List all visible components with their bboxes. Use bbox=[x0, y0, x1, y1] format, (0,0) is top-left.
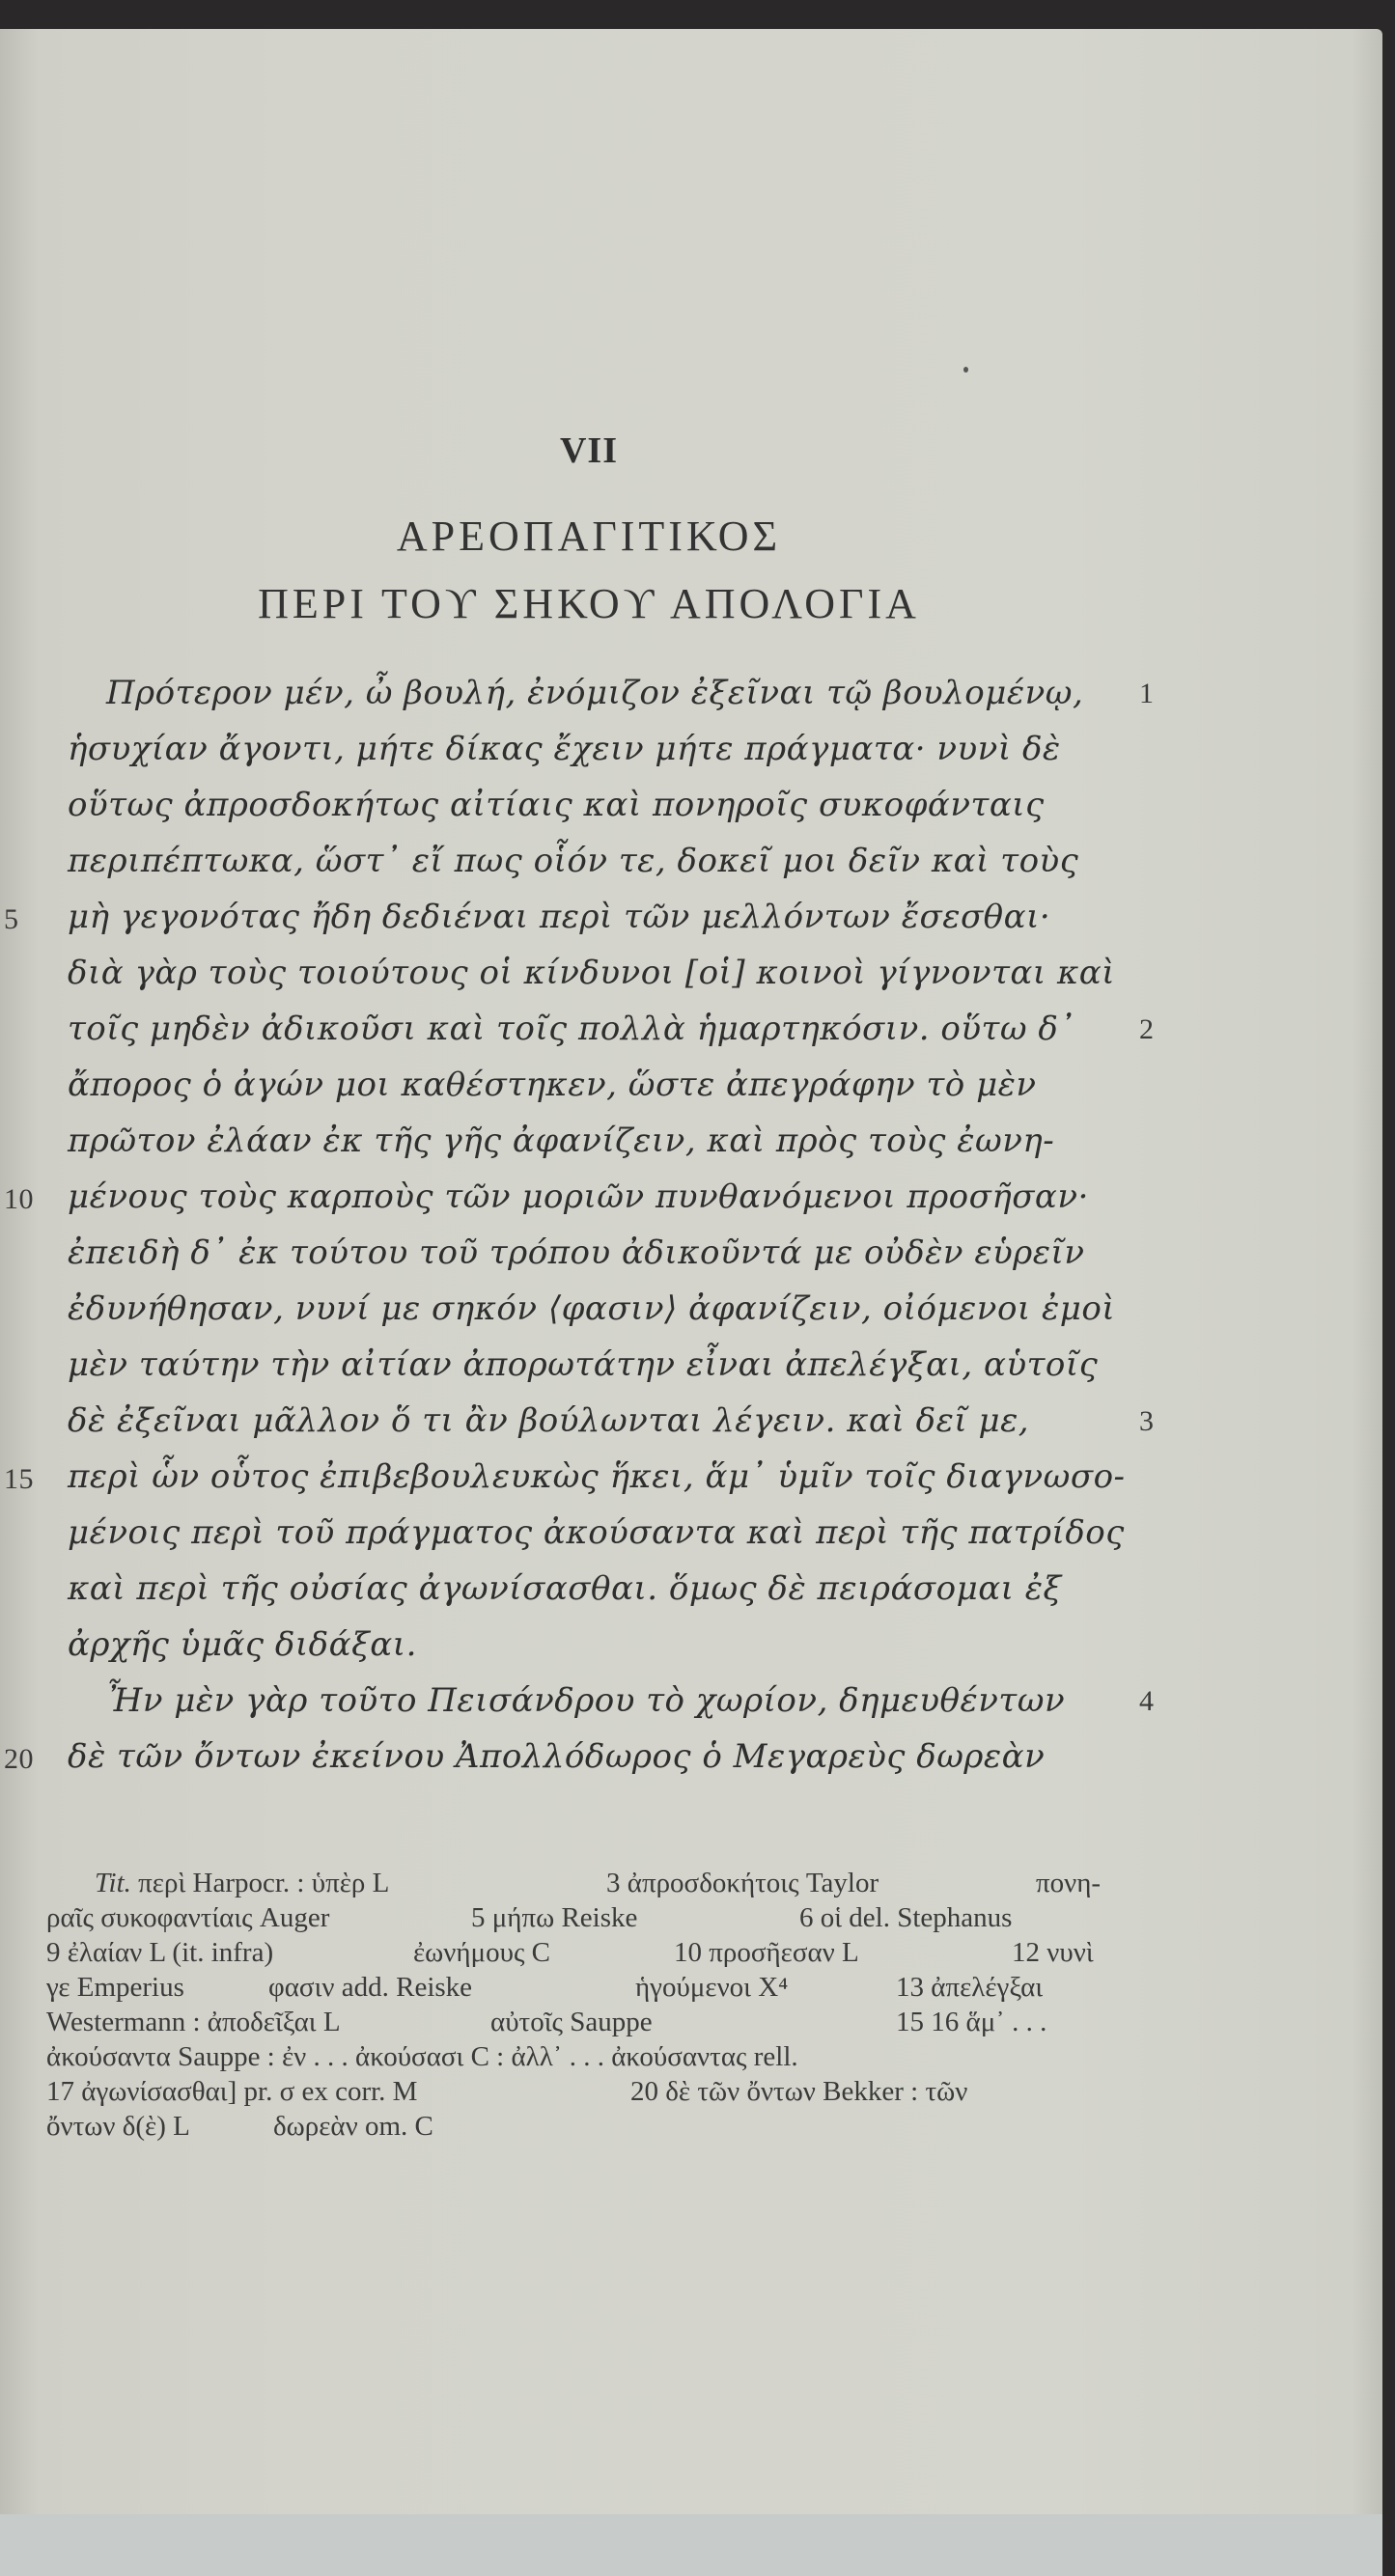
line-number: 20 bbox=[4, 1743, 34, 1776]
text-line: ἀρχῆς ὑμᾶς διδάξαι. bbox=[68, 1618, 1130, 1674]
critical-apparatus: Tit. περὶ Harpocr. : ὑπὲρ L3 ἀπροσδοκήτο… bbox=[46, 1868, 1157, 2146]
apparatus-entry: 15 16 ἅμ᾽ . . . bbox=[896, 2007, 1046, 2038]
line-number: 15 bbox=[4, 1463, 34, 1496]
apparatus-entry: αὐτοῖς Sauppe bbox=[490, 2007, 653, 2038]
text-line: πρῶτον ἐλάαν ἐκ τῆς γῆς ἀφανίζειν, καὶ π… bbox=[68, 1114, 1130, 1170]
section-number: 1 bbox=[1139, 678, 1155, 710]
line-text: ἀρχῆς ὑμᾶς διδάξαι. bbox=[68, 1625, 417, 1664]
line-number: 5 bbox=[4, 903, 19, 936]
text-line: τοῖς μηδὲν ἀδικοῦσι καὶ τοῖς πολλὰ ἡμαρτ… bbox=[68, 1002, 1130, 1058]
apparatus-entry: ὄντων δ(ὲ) L bbox=[46, 2111, 190, 2143]
apparatus-entry: 13 ἀπελέγξαι bbox=[896, 1972, 1043, 2004]
apparatus-entry: 9 ἐλαίαν L (it. infra) bbox=[46, 1937, 273, 1969]
apparatus-entry: 6 οἱ del. Stephanus bbox=[799, 1902, 1012, 1934]
line-text: τοῖς μηδὲν ἀδικοῦσι καὶ τοῖς πολλὰ ἡμαρτ… bbox=[68, 1010, 1075, 1048]
apparatus-line: γε Emperiusφασιν add. Reiskeἡγούμενοι X⁴… bbox=[46, 1972, 1157, 2007]
apparatus-line: 9 ἐλαίαν L (it. infra)ἐωνήμους C10 προσῆ… bbox=[46, 1937, 1157, 1972]
apparatus-entry: δωρεὰν om. C bbox=[273, 2111, 433, 2143]
apparatus-entry: 20 δὲ τῶν ὄντων Bekker : τῶν bbox=[630, 2076, 967, 2108]
text-line: διὰ γὰρ τοὺς τοιούτους οἱ κίνδυνοι [οἱ] … bbox=[68, 946, 1130, 1002]
text-line: 5μὴ γεγονότας ἤδη δεδιέναι περὶ τῶν μελλ… bbox=[68, 890, 1130, 946]
ink-speck bbox=[963, 367, 968, 373]
speech-subtitle: ΠΕΡΙ ΤΟϒ ΣΗΚΟϒ ΑΠΟΛΟΓΙΑ bbox=[0, 579, 1178, 628]
line-text: Ἦν μὲν γὰρ τοῦτο Πεισάνδρου τὸ χωρίον, δ… bbox=[106, 1681, 1065, 1720]
text-line: οὕτως ἀπροσδοκήτως αἰτίαις καὶ πονηροῖς … bbox=[68, 778, 1130, 834]
line-text: δὲ ἐξεῖναι μᾶλλον ὅ τι ἂν βούλωνται λέγε… bbox=[68, 1401, 1029, 1440]
text-line: Ἦν μὲν γὰρ τοῦτο Πεισάνδρου τὸ χωρίον, δ… bbox=[68, 1674, 1130, 1730]
line-text: μένους τοὺς καρποὺς τῶν μοριῶν πυνθανόμε… bbox=[68, 1177, 1089, 1216]
line-number: 10 bbox=[4, 1183, 34, 1216]
apparatus-entry: 5 μήπω Reiske bbox=[471, 1902, 637, 1934]
line-text: μένοις περὶ τοῦ πράγματος ἀκούσαντα καὶ … bbox=[68, 1513, 1125, 1552]
apparatus-entry: Westermann : ἀποδεῖξαι L bbox=[46, 2007, 341, 2038]
section-number: 3 bbox=[1139, 1405, 1155, 1438]
line-text: μὴ γεγονότας ἤδη δεδιέναι περὶ τῶν μελλό… bbox=[68, 898, 1050, 936]
apparatus-entry: ἀκούσαντα Sauppe : ἐν . . . ἀκούσασι C :… bbox=[46, 2041, 798, 2073]
line-text: ἐδυνήθησαν, νυνί με σηκόν ⟨φασιν⟩ ἀφανίζ… bbox=[68, 1289, 1115, 1328]
apparatus-entry: 3 ἀπροσδοκήτοις Taylor bbox=[606, 1868, 879, 1899]
text-line: ἐπειδὴ δ᾽ ἐκ τούτου τοῦ τρόπου ἀδικοῦντά… bbox=[68, 1226, 1130, 1282]
apparatus-entry: γε Emperius bbox=[46, 1972, 184, 2004]
text-line: 15περὶ ὧν οὗτος ἐπιβεβουλευκὼς ἥκει, ἅμ᾽… bbox=[68, 1450, 1130, 1506]
speech-title: ΑΡΕΟΠΑΓΙΤΙΚΟΣ bbox=[0, 512, 1178, 561]
apparatus-entry: ραῖς συκοφαντίαις Auger bbox=[46, 1902, 329, 1934]
apparatus-entry: 12 νυνὶ bbox=[1012, 1937, 1094, 1969]
apparatus-entry: Tit. περὶ Harpocr. : ὑπὲρ L bbox=[95, 1868, 389, 1899]
apparatus-line: ραῖς συκοφαντίαις Auger5 μήπω Reiske6 οἱ… bbox=[46, 1902, 1157, 1937]
page-bottom-edge bbox=[0, 2514, 1382, 2576]
line-text: δὲ τῶν ὄντων ἐκείνου Ἀπολλόδωρος ὁ Μεγαρ… bbox=[68, 1737, 1045, 1776]
section-number: 2 bbox=[1139, 1013, 1155, 1046]
text-line: δὲ ἐξεῖναι μᾶλλον ὅ τι ἂν βούλωνται λέγε… bbox=[68, 1394, 1130, 1450]
text-line: 10μένους τοὺς καρποὺς τῶν μοριῶν πυνθανό… bbox=[68, 1170, 1130, 1226]
text-line: ἡσυχίαν ἄγοντι, μήτε δίκας ἔχειν μήτε πρ… bbox=[68, 722, 1130, 778]
apparatus-line: Tit. περὶ Harpocr. : ὑπὲρ L3 ἀπροσδοκήτο… bbox=[46, 1868, 1157, 1902]
apparatus-line: ἀκούσαντα Sauppe : ἐν . . . ἀκούσασι C :… bbox=[46, 2041, 1157, 2076]
greek-body-text: Πρότερον μέν, ὦ βουλή, ἐνόμιζον ἐξεῖναι … bbox=[68, 666, 1130, 1786]
line-text: Πρότερον μέν, ὦ βουλή, ἐνόμιζον ἐξεῖναι … bbox=[106, 674, 1083, 712]
text-line: ἄπορος ὁ ἀγών μοι καθέστηκεν, ὥστε ἀπεγρ… bbox=[68, 1058, 1130, 1114]
apparatus-entry: πονη- bbox=[1036, 1868, 1101, 1899]
line-text: οὕτως ἀπροσδοκήτως αἰτίαις καὶ πονηροῖς … bbox=[68, 786, 1045, 824]
apparatus-entry: φασιν add. Reiske bbox=[268, 1972, 472, 2004]
line-text: μὲν ταύτην τὴν αἰτίαν ἀπορωτάτην εἶναι ἀ… bbox=[68, 1345, 1098, 1384]
line-text: ἐπειδὴ δ᾽ ἐκ τούτου τοῦ τρόπου ἀδικοῦντά… bbox=[68, 1233, 1085, 1272]
line-text: ἄπορος ὁ ἀγών μοι καθέστηκεν, ὥστε ἀπεγρ… bbox=[68, 1066, 1037, 1104]
text-line: ἐδυνήθησαν, νυνί με σηκόν ⟨φασιν⟩ ἀφανίζ… bbox=[68, 1282, 1130, 1338]
apparatus-entry: ἐωνήμους C bbox=[413, 1937, 550, 1969]
line-text: διὰ γὰρ τοὺς τοιούτους οἱ κίνδυνοι [οἱ] … bbox=[68, 954, 1115, 992]
text-line: 20δὲ τῶν ὄντων ἐκείνου Ἀπολλόδωρος ὁ Μεγ… bbox=[68, 1730, 1130, 1786]
line-text: περὶ ὧν οὗτος ἐπιβεβουλευκὼς ἥκει, ἅμ᾽ ὑ… bbox=[68, 1457, 1126, 1496]
text-line: μὲν ταύτην τὴν αἰτίαν ἀπορωτάτην εἶναι ἀ… bbox=[68, 1338, 1130, 1394]
apparatus-line: Westermann : ἀποδεῖξαι Lαὐτοῖς Sauppe15 … bbox=[46, 2007, 1157, 2041]
apparatus-entry: ἡγούμενοι X⁴ bbox=[635, 1972, 788, 2004]
line-text: πρῶτον ἐλάαν ἐκ τῆς γῆς ἀφανίζειν, καὶ π… bbox=[68, 1122, 1054, 1160]
text-line: καὶ περὶ τῆς οὐσίας ἀγωνίσασθαι. ὅμως δὲ… bbox=[68, 1562, 1130, 1618]
line-text: καὶ περὶ τῆς οὐσίας ἀγωνίσασθαι. ὅμως δὲ… bbox=[68, 1569, 1062, 1608]
apparatus-entry: 17 ἀγωνίσασθαι] pr. σ ex corr. M bbox=[46, 2076, 417, 2108]
section-number: 4 bbox=[1139, 1685, 1155, 1718]
line-text: ἡσυχίαν ἄγοντι, μήτε δίκας ἔχειν μήτε πρ… bbox=[68, 730, 1061, 768]
line-text: περιπέπτωκα, ὥστ᾽ εἴ πως οἷόν τε, δοκεῖ … bbox=[68, 842, 1078, 880]
chapter-number: VII bbox=[0, 429, 1178, 472]
apparatus-line: ὄντων δ(ὲ) Lδωρεὰν om. C bbox=[46, 2111, 1157, 2146]
apparatus-entry: 10 προσῆεσαν L bbox=[674, 1937, 859, 1969]
apparatus-line: 17 ἀγωνίσασθαι] pr. σ ex corr. M20 δὲ τῶ… bbox=[46, 2076, 1157, 2111]
text-line: περιπέπτωκα, ὥστ᾽ εἴ πως οἷόν τε, δοκεῖ … bbox=[68, 834, 1130, 890]
text-line: μένοις περὶ τοῦ πράγματος ἀκούσαντα καὶ … bbox=[68, 1506, 1130, 1562]
text-line: Πρότερον μέν, ὦ βουλή, ἐνόμιζον ἐξεῖναι … bbox=[68, 666, 1130, 722]
